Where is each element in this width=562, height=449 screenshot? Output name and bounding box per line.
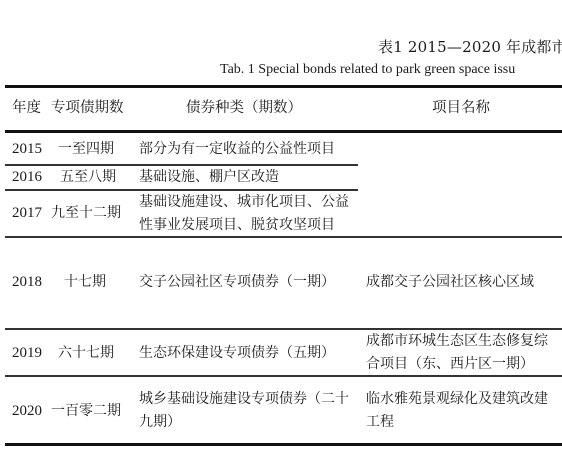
cell-year: 2016: [12, 166, 42, 189]
cell-bond-type: 交子公园社区专项债券（一期）: [139, 271, 335, 294]
header-bond-type: 债券种类（期数）: [186, 97, 302, 120]
cell-project-name-line2: 合项目（东、西片区一期）: [366, 353, 534, 376]
cell-bond-type-line2: 性事业发展项目、脱贫攻坚项目: [139, 214, 335, 237]
cell-year: 2018: [12, 271, 42, 294]
cell-issue-count: 十七期: [64, 271, 106, 294]
cell-project-name-line1: 临水雅苑景观绿化及建筑改建: [366, 388, 548, 411]
header-rule: [5, 130, 562, 133]
cell-bond-type-line2: 九期）: [139, 411, 181, 434]
cell-bond-type: 生态环保建设专项债券（五期）: [139, 342, 335, 365]
cell-issue-count: 六十七期: [58, 342, 114, 365]
header-year: 年度: [12, 97, 41, 120]
header-issue-count: 专项债期数: [51, 97, 124, 120]
table-caption-cn: 表1 2015—2020 年成都市发: [378, 36, 562, 57]
bottom-rule: [5, 443, 562, 446]
cell-year: 2020: [12, 400, 42, 423]
cell-project-name-line1: 成都市环城生态区生态修复综: [366, 330, 548, 353]
cell-project-name-line2: 工程: [366, 411, 394, 434]
cell-bond-type-line1: 城乡基础设施建设专项债券（二十: [139, 388, 349, 411]
header-project-name: 项目名称: [432, 97, 490, 120]
cell-project-name: 成都交子公园社区核心区域: [366, 271, 534, 294]
cell-issue-count: 五至八期: [60, 166, 116, 189]
cell-year: 2017: [12, 202, 42, 225]
cell-issue-count: 一百零二期: [51, 400, 121, 423]
cell-bond-type: 基础设施、棚户区改造: [139, 166, 279, 189]
cell-issue-count: 九至十二期: [51, 202, 121, 225]
top-rule: [5, 85, 562, 88]
cell-year: 2019: [12, 342, 42, 365]
cell-bond-type-line1: 基础设施建设、城市化项目、公益: [139, 191, 349, 214]
cell-bond-type: 部分为有一定收益的公益性项目: [139, 138, 335, 161]
cell-issue-count: 一至四期: [58, 138, 114, 161]
table-caption-en: Tab. 1 Special bonds related to park gre…: [220, 62, 515, 78]
cell-year: 2015: [12, 138, 42, 161]
